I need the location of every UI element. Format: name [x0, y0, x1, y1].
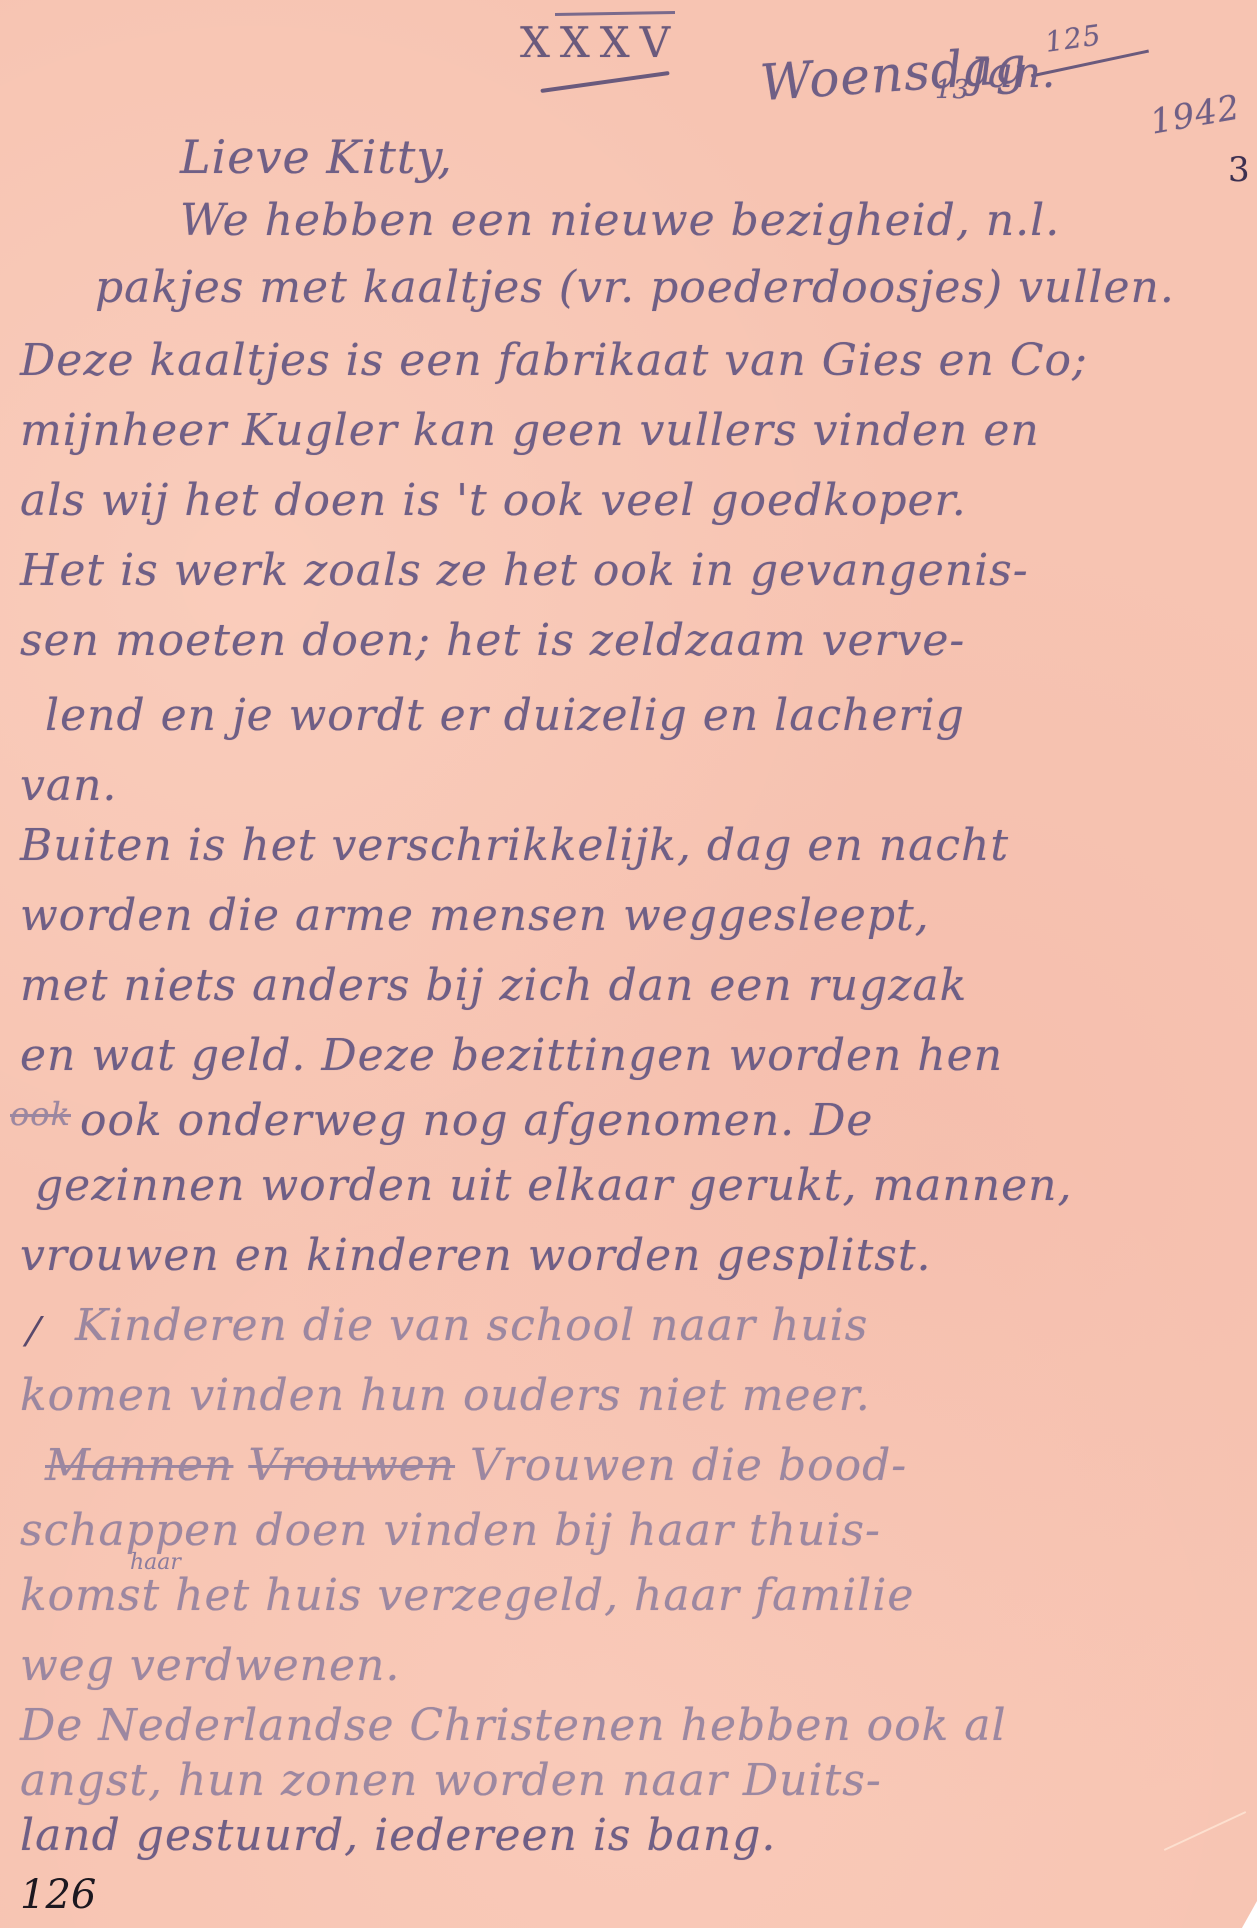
- text-line-8: lend en je wordt er duizelig en lacherig: [45, 690, 965, 741]
- folio-number: 126: [20, 1872, 96, 1918]
- text-line-20: schappen doen vinden bij haar thuis-: [20, 1505, 881, 1556]
- struck-word: ook: [10, 1095, 71, 1133]
- salutation: Lieve Kitty,: [180, 130, 453, 184]
- entry-number-underline: [540, 71, 669, 93]
- date-year-correction: 3: [1228, 150, 1251, 190]
- text-line-13: en wat geld. Deze bezittingen worden hen: [20, 1030, 1003, 1081]
- date-year: 1942: [1147, 87, 1243, 142]
- date-day: 13: [935, 75, 970, 105]
- struck-word-2: Vrouwen: [248, 1440, 455, 1491]
- text-line-10: Buiten is het verschrikkelijk, dag en na…: [20, 820, 1009, 871]
- struck-word-1: Mannen: [45, 1440, 233, 1491]
- text-line-1: We hebben een nieuwe bezigheid, n.l.: [180, 195, 1060, 246]
- text-line-12: met niets anders bij zich dan een rugzak: [20, 960, 967, 1011]
- text-line-23: De Nederlandse Christenen hebben ook al: [20, 1700, 1007, 1751]
- text-line-19: Vrouwen die bood-: [470, 1440, 907, 1491]
- text-line-11: worden die arme mensen weggesleept,: [20, 890, 930, 941]
- text-line-19-struck-block: Mannen Vrouwen Vrouwen die bood-: [45, 1440, 907, 1491]
- text-line-15: gezinnen worden uit elkaar gerukt, manne…: [35, 1160, 1072, 1211]
- diary-page: XXXV 125 Woensdag 13 Jan. 1942 3 Lieve K…: [0, 0, 1257, 1928]
- text-line-6: Het is werk zoals ze het ook in gevangen…: [20, 545, 1029, 596]
- text-line-7: sen moeten doen; het is zeldzaam verve-: [20, 615, 965, 666]
- text-line-21: komst het huis verzegeld, haar familie: [20, 1570, 914, 1621]
- text-line-24: angst, hun zonen worden naar Duits-: [20, 1755, 882, 1806]
- date-month: Jan.: [970, 48, 1056, 97]
- text-line-22: weg verdwenen.: [20, 1640, 400, 1691]
- entry-number-overline: [555, 11, 675, 16]
- insertion-caret-icon: ⁄: [30, 1310, 37, 1356]
- struck-prefix: ook: [10, 1095, 71, 1133]
- text-line-16: vrouwen en kinderen worden gesplitst.: [20, 1230, 932, 1281]
- text-line-9: van.: [20, 760, 117, 811]
- text-line-14: ook onderweg nog afgenomen. De: [80, 1095, 873, 1146]
- text-line-3: Deze kaaltjes is een fabrikaat van Gies …: [20, 335, 1088, 386]
- text-line-4: mijnheer Kugler kan geen vullers vinden …: [20, 405, 1040, 456]
- text-line-17: Kinderen die van school naar huis: [75, 1300, 868, 1351]
- text-line-2: pakjes met kaaltjes (vr. poederdoosjes) …: [95, 262, 1175, 313]
- paper-crease: [1164, 1811, 1246, 1851]
- entry-number: XXXV: [520, 18, 680, 67]
- text-line-18: komen vinden hun ouders niet meer.: [20, 1370, 871, 1421]
- text-line-25: land gestuurd, iedereen is bang.: [20, 1810, 776, 1861]
- text-line-5: als wij het doen is 't ook veel goedkope…: [20, 475, 967, 526]
